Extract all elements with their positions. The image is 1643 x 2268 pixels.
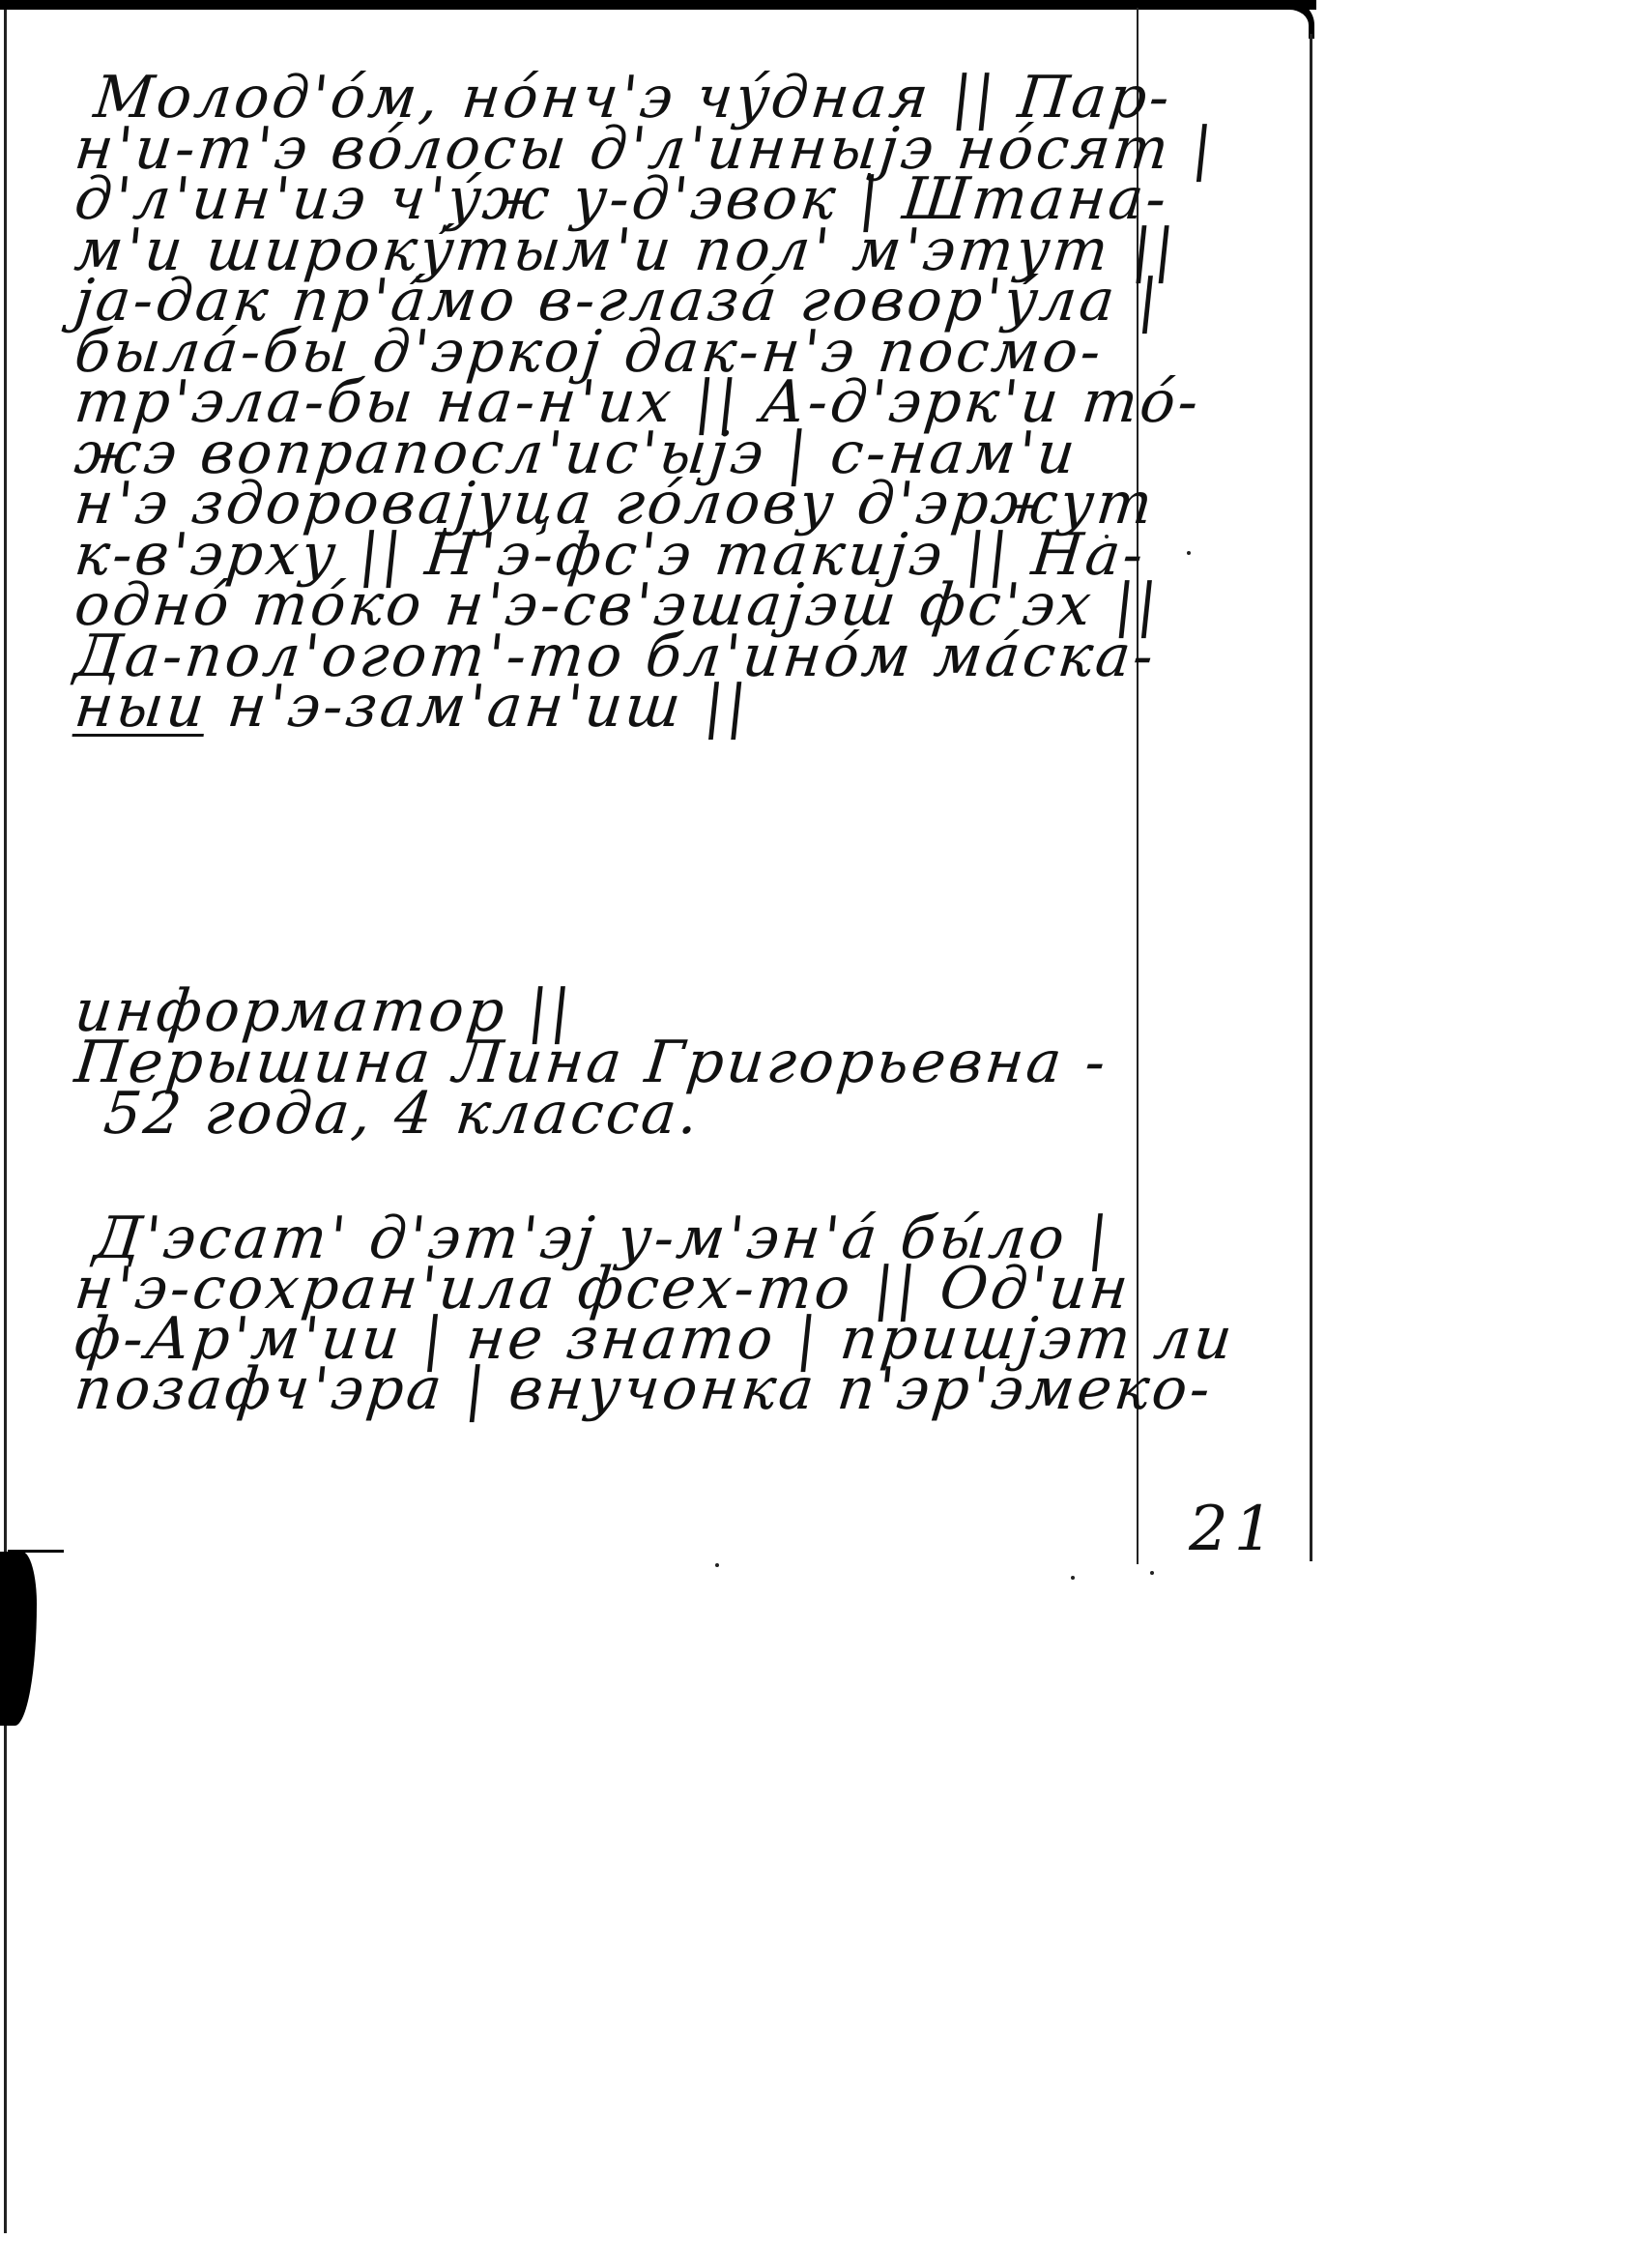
underlined-word: ныи xyxy=(72,673,210,741)
scan-speck xyxy=(715,1563,719,1567)
informant-block: информатор || Перышина Лина Григорьевна … xyxy=(72,986,1145,1140)
scan-right-edge xyxy=(1310,34,1312,1561)
scan-top-edge xyxy=(0,0,1316,10)
transcription-block-2: Д'эсат' д'эт'эј у-м'эн'á бы́ло | н'э-сох… xyxy=(72,1213,1145,1414)
scan-speck xyxy=(1071,1576,1075,1580)
scan-ink-blot xyxy=(0,1552,37,1726)
line-rest: н'э-зам'ан'иш || xyxy=(203,673,753,741)
scan-speck xyxy=(1105,535,1109,538)
scan-speck xyxy=(1187,551,1191,555)
informant-details: 52 года, 4 класса. xyxy=(72,1089,1151,1140)
page-number: 21 xyxy=(1189,1494,1279,1565)
scan-left-edge xyxy=(4,10,7,2233)
handwritten-line-last: ныи н'э-зам'ан'иш || xyxy=(72,682,1151,733)
scanned-notebook-page: Молод'óм, нóнч'э чýдная || Пар- н'и-т'э … xyxy=(0,0,1643,2268)
scan-speck xyxy=(1150,1571,1154,1575)
transcription-block-1: Молод'óм, нóнч'э чýдная || Пар- н'и-т'э … xyxy=(72,73,1145,733)
handwritten-line: позафч'эра | внучонка п'эр'эмеко- xyxy=(72,1364,1150,1414)
